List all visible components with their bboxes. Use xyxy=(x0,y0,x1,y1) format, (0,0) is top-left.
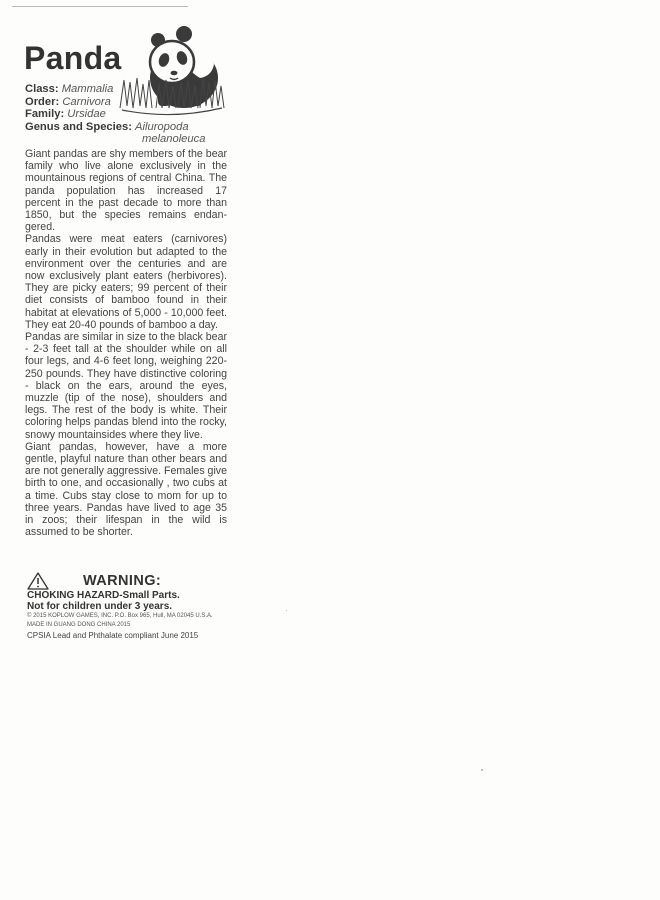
paragraph-habitat: Giant pandas are shy members of the bear… xyxy=(25,148,227,233)
warning-header: WARNING: xyxy=(27,572,237,590)
warning-triangle-icon xyxy=(27,572,49,590)
taxonomy-genus-species: Genus and Species: Ailuropoda xyxy=(25,121,235,134)
paragraph-behavior-lifespan: Giant pandas, however, have a more gentl… xyxy=(25,441,227,539)
compliance-text: CPSIA Lead and Phthalate compliant June … xyxy=(27,630,237,641)
made-in-text: MADE IN GUANG DONG CHINA 2015 xyxy=(27,621,237,630)
taxonomy-order: Order: Carnivora xyxy=(25,96,235,109)
copyright-text: © 2015 KOPLOW GAMES, INC. P.O. Box 965, … xyxy=(27,612,237,621)
top-divider-line xyxy=(12,6,188,7)
description-text: Giant pandas are shy members of the bear… xyxy=(25,148,227,539)
paper-speck xyxy=(286,610,287,611)
paragraph-size-coloring: Pandas are similar in size to the black … xyxy=(25,331,227,441)
warning-block: WARNING: CHOKING HAZARD-Small Parts. Not… xyxy=(27,572,237,641)
taxonomy-species-continued: melanoleuca xyxy=(25,133,235,146)
hazard-line-1: CHOKING HAZARD-Small Parts. xyxy=(27,590,237,601)
warning-title: WARNING: xyxy=(83,573,161,589)
paragraph-diet: Pandas were meat eaters (carnivores) ear… xyxy=(25,233,227,331)
taxonomy-class: Class: Mammalia xyxy=(25,83,235,96)
card-title: Panda xyxy=(24,40,122,76)
hazard-line-2: Not for children under 3 years. xyxy=(27,601,237,612)
taxonomy-family: Family: Ursidae xyxy=(25,108,235,121)
taxonomy-list: Class: Mammalia Order: Carnivora Family:… xyxy=(25,83,235,146)
paper-speck xyxy=(481,769,483,771)
